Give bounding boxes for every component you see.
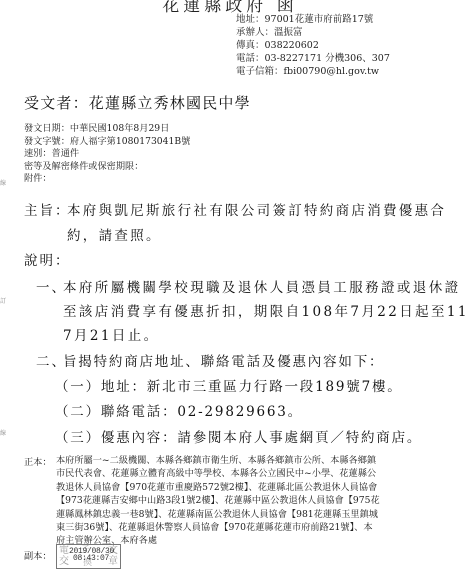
speed: 速別：普通件 — [24, 148, 190, 161]
attachments: 附件： — [24, 173, 190, 186]
copy-recipients-label: 副本： — [24, 548, 52, 562]
subject-label: 主旨： — [24, 199, 71, 219]
stamp-time: 08:43:07 — [73, 555, 109, 563]
description-item-line: 7月21日止。 — [63, 324, 160, 344]
electronic-exchange-stamp: 電 子 文 交 換 章 2019/08/30 08:43:07 — [56, 544, 121, 569]
contact-block: 地址：97001花蓮市府前路17號 承辦人：溫振富 傳真：038220602 電… — [236, 13, 390, 78]
description-item-line: 旨揭特約商店地址、聯絡電話及優惠內容如下： — [63, 350, 384, 370]
binding-margin-mark: 訂 — [0, 296, 6, 305]
contact-handler: 承辦人：溫振富 — [236, 26, 390, 39]
stamp-char: 章 — [108, 557, 118, 567]
recipients-line: 本府所屬一~二級機關、本縣各鄉鎮市衛生所、本縣各鄉鎮市公所、本縣各鄉鎮 — [56, 454, 428, 467]
recipients-line: 市民代表會、花蓮縣立體育高級中等學校、本縣各公立國民中~小學、花蓮縣公 — [56, 467, 428, 480]
recipients-line: 教退休人員協會【970花蓮市重慶路572號2樓】、花蓮縣北區公教退休人員協會 — [56, 481, 428, 494]
contact-phone: 電話：03-8227171 分機306、307 — [236, 52, 390, 65]
issue-number: 發文字號：府人福字第1080173041B號 — [24, 136, 190, 149]
description-item-line: 至該店消費享有優惠折扣，期限自108年7月22日起至110年 — [63, 300, 466, 320]
meta-block: 發文日期：中華民國108年8月29日 發文字號：府人福字第1080173041B… — [24, 123, 190, 186]
subject-text-line: 約，請查照。 — [67, 224, 162, 244]
contact-email: 電子信箱：fbi00790@hl.gov.tw — [236, 65, 390, 78]
description-item-line: 本府所屬機關學校現職及退休人員憑員工服務證或退休證 — [63, 276, 461, 296]
confidentiality: 密等及解密條件或保密期限： — [24, 161, 190, 174]
binding-margin-mark: 線 — [0, 428, 6, 437]
contact-address: 地址：97001花蓮市府前路17號 — [236, 13, 390, 26]
description-label: 說明： — [24, 249, 71, 269]
issue-date: 發文日期：中華民國108年8月29日 — [24, 123, 190, 136]
binding-margin-mark: 線 — [0, 178, 6, 187]
original-recipients-list: 本府所屬一~二級機關、本縣各鄉鎮市衛生所、本縣各鄉鎮市公所、本縣各鄉鎮 市民代表… — [56, 454, 428, 548]
subject-text-line: 本府與凱尼斯旅行社有限公司簽訂特約商店消費優惠合 — [67, 199, 446, 219]
recipient: 受文者：花蓮縣立秀林國民中學 — [24, 92, 251, 113]
store-discount-info: （三）優惠內容：請參閱本府人事處網頁／特約商店。 — [55, 426, 422, 446]
store-address: （一）地址：新北市三重區力行路一段189號7樓。 — [55, 375, 403, 395]
recipients-line: 東三街36號】、花蓮縣退休警察人員協會【970花蓮縣花蓮市府前路21號】、本 — [56, 521, 428, 534]
stamp-char: 交 — [59, 557, 69, 567]
contact-fax: 傳真：038220602 — [236, 39, 390, 52]
stamp-char: 電 — [59, 546, 69, 556]
recipients-line: 蓮縣鳳林鎮忠義一巷8號】、花蓮縣南區公教退休人員協會【981花蓮縣玉里鎮城 — [56, 508, 428, 521]
store-phone: （二）聯絡電話：02-29829663。 — [55, 400, 303, 420]
recipients-line: 【973花蓮縣吉安鄉中山路3段1號2樓】、花蓮縣中區公教退休人員協會【975花 — [56, 494, 428, 507]
original-recipients-label: 正本： — [24, 454, 52, 468]
